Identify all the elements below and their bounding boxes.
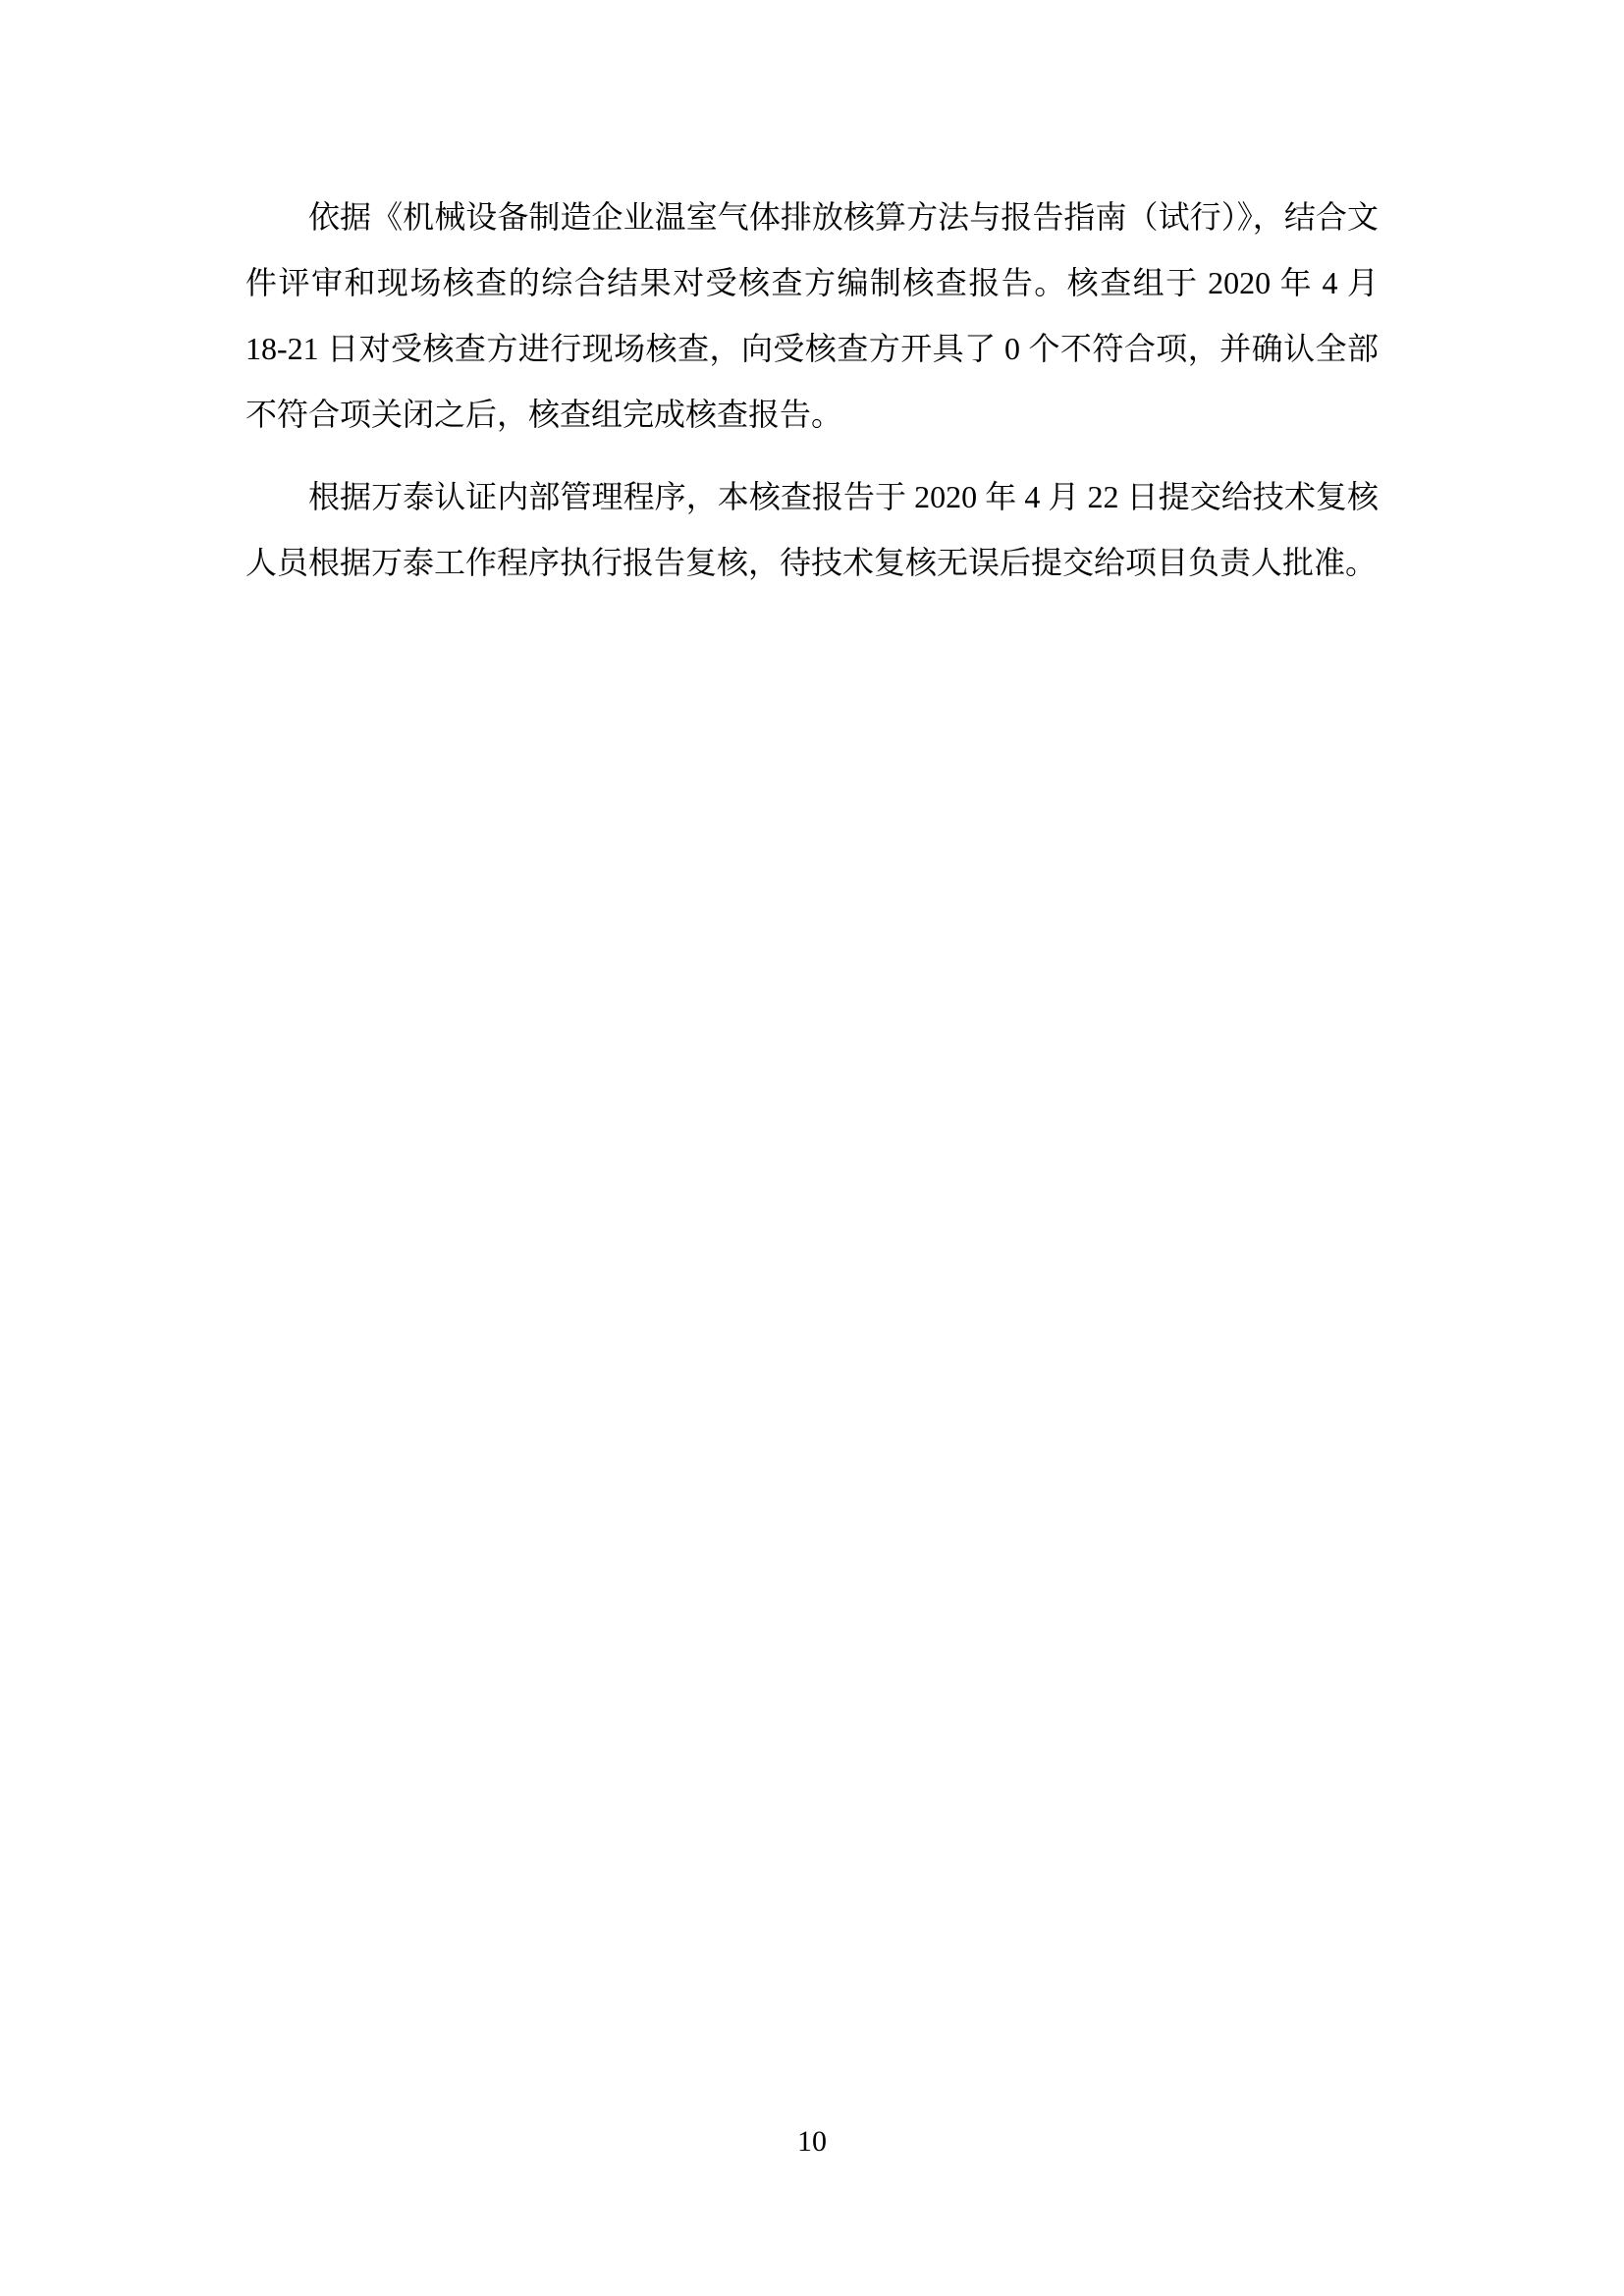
page-content: 依据《机械设备制造企业温室气体排放核算方法与报告指南（试行）》，结合文件评审和现… <box>245 185 1379 596</box>
paragraph-verification-basis: 依据《机械设备制造企业温室气体排放核算方法与报告指南（试行）》，结合文件评审和现… <box>245 185 1379 448</box>
paragraph-internal-review: 根据万泰认证内部管理程序，本核查报告于 2020 年 4 月 22 日提交给技术… <box>245 464 1379 596</box>
document-page: 依据《机械设备制造企业温室气体排放核算方法与报告指南（试行）》，结合文件评审和现… <box>0 0 1624 2296</box>
page-number: 10 <box>797 2125 827 2158</box>
page-footer: 10 <box>0 2125 1624 2159</box>
